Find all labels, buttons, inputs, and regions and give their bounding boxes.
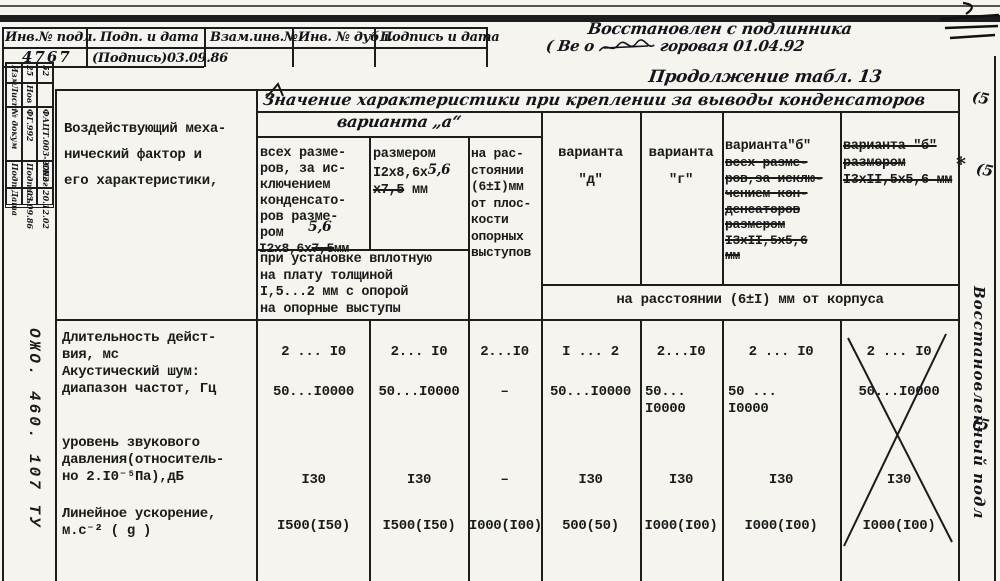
table-cell: –: [469, 384, 540, 401]
rev-cell: Подпись: [22, 161, 38, 188]
rev-cell: 52: [38, 63, 54, 83]
variant-a-header: варианта „а“: [255, 113, 543, 130]
scanned-document-page: Инв.№ подл. Подп. и дата Взам.инв.№ Инв.…: [0, 0, 1000, 581]
table-cell: 2 ... I0: [258, 344, 369, 361]
table-cell: I30: [641, 472, 721, 489]
table-cell: 2 ... I0: [723, 344, 839, 361]
table-cell: I500(I50): [258, 518, 369, 535]
cross-out-x-icon: [838, 328, 962, 552]
top-thin-rule: [0, 5, 1000, 7]
table-cell: I000(I00): [723, 518, 839, 535]
doc-number-block: ОЖО. 460. 107 ТУ: [12, 328, 44, 563]
table-cell: I000(I00): [469, 518, 540, 535]
col-b2-header-struck: варианта "б" размером I3хII,5х5,6 мм: [843, 138, 957, 189]
col-g-header: варианта "г": [641, 140, 721, 194]
stamp-header-inv-dubl: Инв. № дубл.: [298, 29, 393, 46]
size-struck: х7,5: [373, 183, 404, 198]
rev-cell: 25: [22, 63, 38, 83]
table-cell: I000(I00): [641, 518, 721, 535]
table-cell: I30: [258, 472, 369, 489]
stamp-line: [2, 47, 488, 49]
col-a2-header-line3: х7,5 мм: [373, 182, 428, 199]
rev-header-cell: Дата: [7, 188, 23, 205]
grid-line: [840, 111, 842, 285]
table-cell: I500(I50): [371, 518, 467, 535]
rev-cell: ФГ.992: [22, 107, 38, 161]
rev-header-cell: № докум: [7, 107, 23, 161]
corner-label: Воздействующий меха- нический фактор и е…: [64, 116, 256, 194]
table-cell: I30: [371, 472, 467, 489]
margin-mark-5: (5: [970, 88, 990, 108]
table-cell: 50...I0000: [371, 384, 467, 401]
table-cell: I ... 2: [542, 344, 639, 361]
corner-scribble-icon: [925, 0, 1000, 45]
col-a3-header: на рас- стоянии (6±I)мм от плос- кости о…: [471, 146, 539, 262]
restored-note-line1: Восстановлен с подлинника: [587, 20, 853, 37]
stamp-header-podp-data: Подп. и дата: [100, 29, 199, 46]
doc-number: ОЖО. 460. 107 ТУ: [12, 328, 42, 563]
row-label-pressure: уровень звукового давления(относитель- н…: [62, 435, 260, 486]
col-a2-header-line1: размером: [373, 146, 435, 163]
table-cell: 2... I0: [371, 344, 467, 361]
table-cell: I30: [723, 472, 839, 489]
grid-line: [640, 111, 642, 285]
page-right-border: [994, 56, 996, 581]
revision-block: 52 ФАЦТ.003-2002 СКог 20.12.02 25 Нов ФГ…: [4, 62, 54, 208]
rev-cell: Нов: [22, 83, 38, 107]
table-cell: 50...I0000: [542, 384, 639, 401]
size-prefix: I2х8,6х: [373, 166, 428, 181]
row-label-duration: Длительность дейст- вия, мс: [62, 330, 256, 364]
table-cell: 2...I0: [641, 344, 721, 361]
grid-line: [722, 111, 724, 285]
stamp-header-sign-date: Подпись и дата: [380, 29, 499, 46]
rev-cell: СКог: [38, 161, 54, 188]
distance-note: на расстоянии (6±I) мм от корпуса: [541, 292, 959, 309]
stamp-header-inv-podl: Инв.№ подл.: [5, 29, 96, 46]
col-a1-hand-insert: 5,6: [308, 219, 331, 236]
restored-note-name-date: горовая 01.04.92: [659, 38, 805, 55]
margin-mark-5: (5: [970, 414, 990, 434]
size-suffix: мм: [404, 183, 427, 198]
table-cell: I30: [542, 472, 639, 489]
grid-line: [541, 284, 960, 286]
grid-line: [55, 89, 57, 581]
rev-header-cell: Подп: [7, 161, 23, 188]
grid-line: [55, 319, 960, 321]
table-cell: 50 ... I0000: [728, 384, 838, 418]
table-cell: 500(50): [542, 518, 639, 535]
table-continuation-title: Продолжение табл. 13: [619, 69, 911, 86]
size-hand-insert: 5,6: [428, 162, 451, 178]
grid-line: [369, 136, 371, 250]
col-b-header-struck: всех разме- ров,за исклю- чением кон- де…: [725, 155, 839, 264]
col-d-header: варианта "д": [542, 140, 639, 194]
rev-header-cell: Лист: [7, 83, 23, 107]
col-b-header-title: варианта"б": [725, 138, 811, 155]
table-cell: 50... I0000: [645, 384, 721, 418]
grid-line: [256, 136, 542, 138]
stamp-header-vzam-inv: Взам.инв.№: [210, 29, 298, 46]
row-label-acceleration: Линейное ускорение, м.с⁻² ( g ): [62, 506, 260, 540]
restored-note-prefix: ( Ве о: [545, 38, 595, 55]
signature-squiggle-icon: [597, 39, 657, 55]
rev-cell: [38, 83, 54, 107]
stamp-signature-date: (Подпись)03.09.86: [92, 50, 228, 67]
table-cell: 2...I0: [469, 344, 540, 361]
row-label-acoustic: Акустический шум: диапазон частот, Гц: [62, 364, 256, 398]
rev-cell: 20.12.02: [38, 188, 54, 205]
rev-header-cell: Изм: [7, 63, 23, 83]
rev-cell: ФАЦТ.003-2002: [38, 107, 54, 161]
rev-cell: 03.09.86: [22, 188, 38, 205]
span-header: Значение характеристики при креплении за…: [262, 91, 959, 108]
mount-note: при установке вплотную на плату толщиной…: [260, 252, 466, 318]
table-cell: 50...I0000: [258, 384, 369, 401]
col-a2-header-line2: I2х8,6х5,6: [373, 164, 450, 182]
margin-mark-5: (5: [974, 160, 994, 180]
restored-note-line2: ( Ве о горовая 01.04.92: [545, 38, 805, 55]
table-cell: –: [469, 472, 540, 489]
